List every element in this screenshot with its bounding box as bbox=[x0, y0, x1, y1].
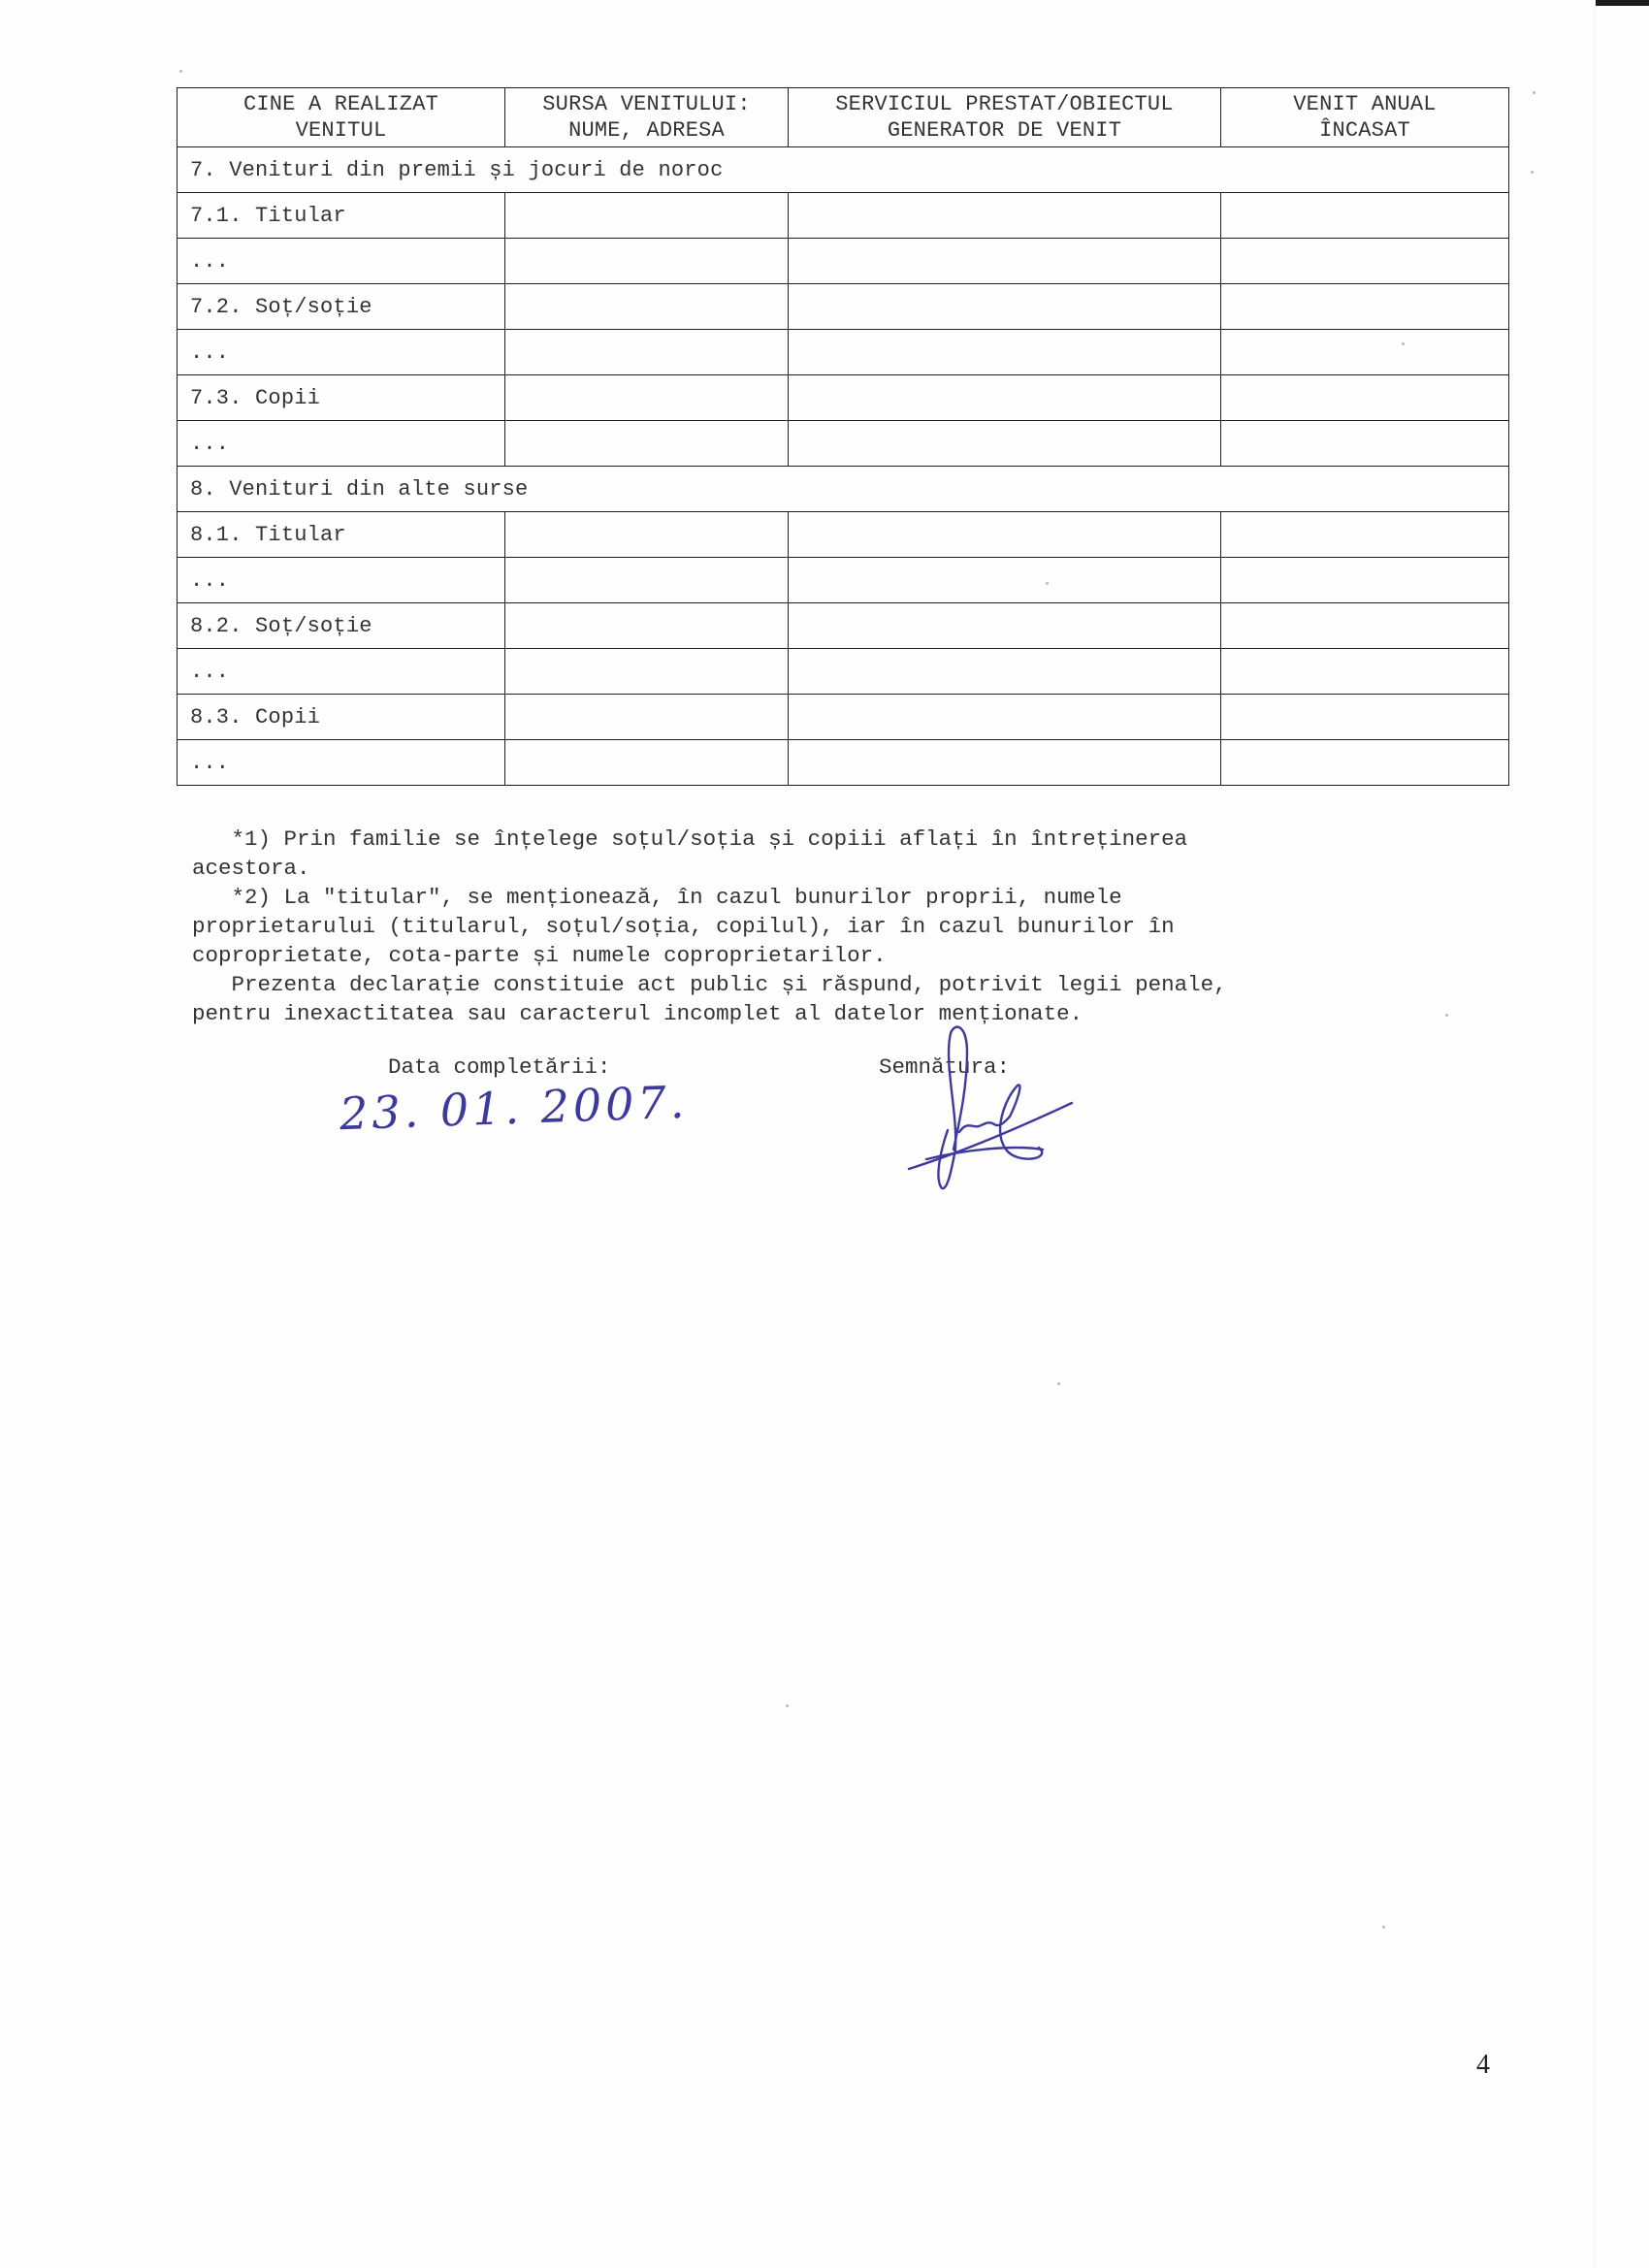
person-label: 7.3. Copii bbox=[178, 375, 505, 421]
header-line: VENIT ANUAL bbox=[1221, 91, 1508, 117]
service-cell bbox=[789, 239, 1221, 284]
table-row: ... bbox=[178, 740, 1509, 786]
continuation-cell: ... bbox=[178, 239, 505, 284]
header-sursa-venitului: SURSA VENITULUI: NUME, ADRESA bbox=[505, 88, 789, 147]
header-cine-a-realizat: CINE A REALIZAT VENITUL bbox=[178, 88, 505, 147]
scan-speck bbox=[1533, 91, 1536, 94]
header-venit-anual: VENIT ANUAL ÎNCASAT bbox=[1221, 88, 1509, 147]
section-title: 8. Venituri din alte surse bbox=[178, 467, 1509, 512]
source-cell bbox=[505, 558, 789, 603]
table-row: ... bbox=[178, 239, 1509, 284]
scan-speck bbox=[1402, 342, 1405, 345]
income-cell bbox=[1221, 512, 1509, 558]
table-row: ... bbox=[178, 558, 1509, 603]
person-label: 7.2. Soț/soție bbox=[178, 284, 505, 330]
service-cell bbox=[789, 649, 1221, 695]
section-row: 8. Venituri din alte surse bbox=[178, 467, 1509, 512]
service-cell bbox=[789, 375, 1221, 421]
header-line: SURSA VENITULUI: bbox=[505, 91, 788, 117]
income-cell bbox=[1221, 239, 1509, 284]
person-label: 8.1. Titular bbox=[178, 512, 505, 558]
table-body: 7. Venituri din premii și jocuri de noro… bbox=[178, 147, 1509, 786]
income-cell bbox=[1221, 695, 1509, 740]
page-number: 4 bbox=[1476, 2050, 1490, 2081]
continuation-cell: ... bbox=[178, 740, 505, 786]
service-cell bbox=[789, 330, 1221, 375]
handwritten-date: 23. 01. 2007. bbox=[339, 1076, 689, 1141]
source-cell bbox=[505, 512, 789, 558]
service-cell bbox=[789, 558, 1221, 603]
source-cell bbox=[505, 375, 789, 421]
table-row: ... bbox=[178, 330, 1509, 375]
scan-speck bbox=[179, 70, 182, 73]
source-cell bbox=[505, 284, 789, 330]
source-cell bbox=[505, 239, 789, 284]
header-line: SERVICIUL PRESTAT/OBIECTUL bbox=[789, 91, 1220, 117]
income-cell bbox=[1221, 649, 1509, 695]
service-cell bbox=[789, 421, 1221, 467]
table-header-row: CINE A REALIZAT VENITUL SURSA VENITULUI:… bbox=[178, 88, 1509, 147]
service-cell bbox=[789, 695, 1221, 740]
person-label: 7.1. Titular bbox=[178, 193, 505, 239]
header-serviciul-prestat: SERVICIUL PRESTAT/OBIECTUL GENERATOR DE … bbox=[789, 88, 1221, 147]
continuation-cell: ... bbox=[178, 421, 505, 467]
handwritten-signature bbox=[897, 1023, 1091, 1198]
continuation-cell: ... bbox=[178, 558, 505, 603]
scan-speck bbox=[1046, 582, 1049, 585]
footnote-line: *2) La "titular", se menționează, în caz… bbox=[192, 883, 1453, 912]
source-cell bbox=[505, 695, 789, 740]
footnote-line: Prezenta declarație constituie act publi… bbox=[192, 970, 1453, 999]
footnote-line: acestora. bbox=[192, 854, 1453, 883]
table-row: 7.2. Soț/soție bbox=[178, 284, 1509, 330]
scan-speck bbox=[786, 1704, 789, 1707]
scan-speck bbox=[1382, 1926, 1385, 1928]
scan-speck bbox=[1057, 1382, 1060, 1385]
service-cell bbox=[789, 603, 1221, 649]
income-table: CINE A REALIZAT VENITUL SURSA VENITULUI:… bbox=[177, 87, 1509, 786]
service-cell bbox=[789, 740, 1221, 786]
source-cell bbox=[505, 421, 789, 467]
income-cell bbox=[1221, 330, 1509, 375]
income-cell bbox=[1221, 421, 1509, 467]
income-cell bbox=[1221, 603, 1509, 649]
scan-speck bbox=[1445, 1014, 1448, 1017]
footnote-line: *1) Prin familie se înțelege soțul/soția… bbox=[192, 825, 1453, 854]
source-cell bbox=[505, 603, 789, 649]
continuation-cell: ... bbox=[178, 649, 505, 695]
income-cell bbox=[1221, 284, 1509, 330]
footnote-line: pentru inexactitatea sau caracterul inco… bbox=[192, 999, 1453, 1028]
source-cell bbox=[505, 193, 789, 239]
header-line: CINE A REALIZAT bbox=[178, 91, 504, 117]
footnote-line: proprietarului (titularul, soțul/soția, … bbox=[192, 912, 1453, 941]
table-row: 8.1. Titular bbox=[178, 512, 1509, 558]
source-cell bbox=[505, 330, 789, 375]
footnote-line: coproprietate, cota-parte și numele copr… bbox=[192, 941, 1453, 970]
income-cell bbox=[1221, 375, 1509, 421]
section-row: 7. Venituri din premii și jocuri de noro… bbox=[178, 147, 1509, 193]
header-line: ÎNCASAT bbox=[1221, 117, 1508, 144]
service-cell bbox=[789, 512, 1221, 558]
header-line: NUME, ADRESA bbox=[505, 117, 788, 144]
source-cell bbox=[505, 740, 789, 786]
table-row: ... bbox=[178, 649, 1509, 695]
income-cell bbox=[1221, 558, 1509, 603]
income-cell bbox=[1221, 740, 1509, 786]
continuation-cell: ... bbox=[178, 330, 505, 375]
header-line: GENERATOR DE VENIT bbox=[789, 117, 1220, 144]
service-cell bbox=[789, 284, 1221, 330]
scan-edge-mark bbox=[1596, 0, 1649, 6]
table-row: 8.2. Soț/soție bbox=[178, 603, 1509, 649]
person-label: 8.3. Copii bbox=[178, 695, 505, 740]
table-row: 8.3. Copii bbox=[178, 695, 1509, 740]
date-label: Data completării: bbox=[388, 1054, 611, 1080]
source-cell bbox=[505, 649, 789, 695]
table-row: ... bbox=[178, 421, 1509, 467]
scan-edge-line bbox=[1595, 0, 1596, 2268]
header-line: VENITUL bbox=[178, 117, 504, 144]
section-title: 7. Venituri din premii și jocuri de noro… bbox=[178, 147, 1509, 193]
service-cell bbox=[789, 193, 1221, 239]
table-row: 7.3. Copii bbox=[178, 375, 1509, 421]
scan-speck bbox=[1531, 171, 1534, 174]
table-row: 7.1. Titular bbox=[178, 193, 1509, 239]
person-label: 8.2. Soț/soție bbox=[178, 603, 505, 649]
income-cell bbox=[1221, 193, 1509, 239]
footnotes: *1) Prin familie se înțelege soțul/soția… bbox=[192, 825, 1453, 1028]
